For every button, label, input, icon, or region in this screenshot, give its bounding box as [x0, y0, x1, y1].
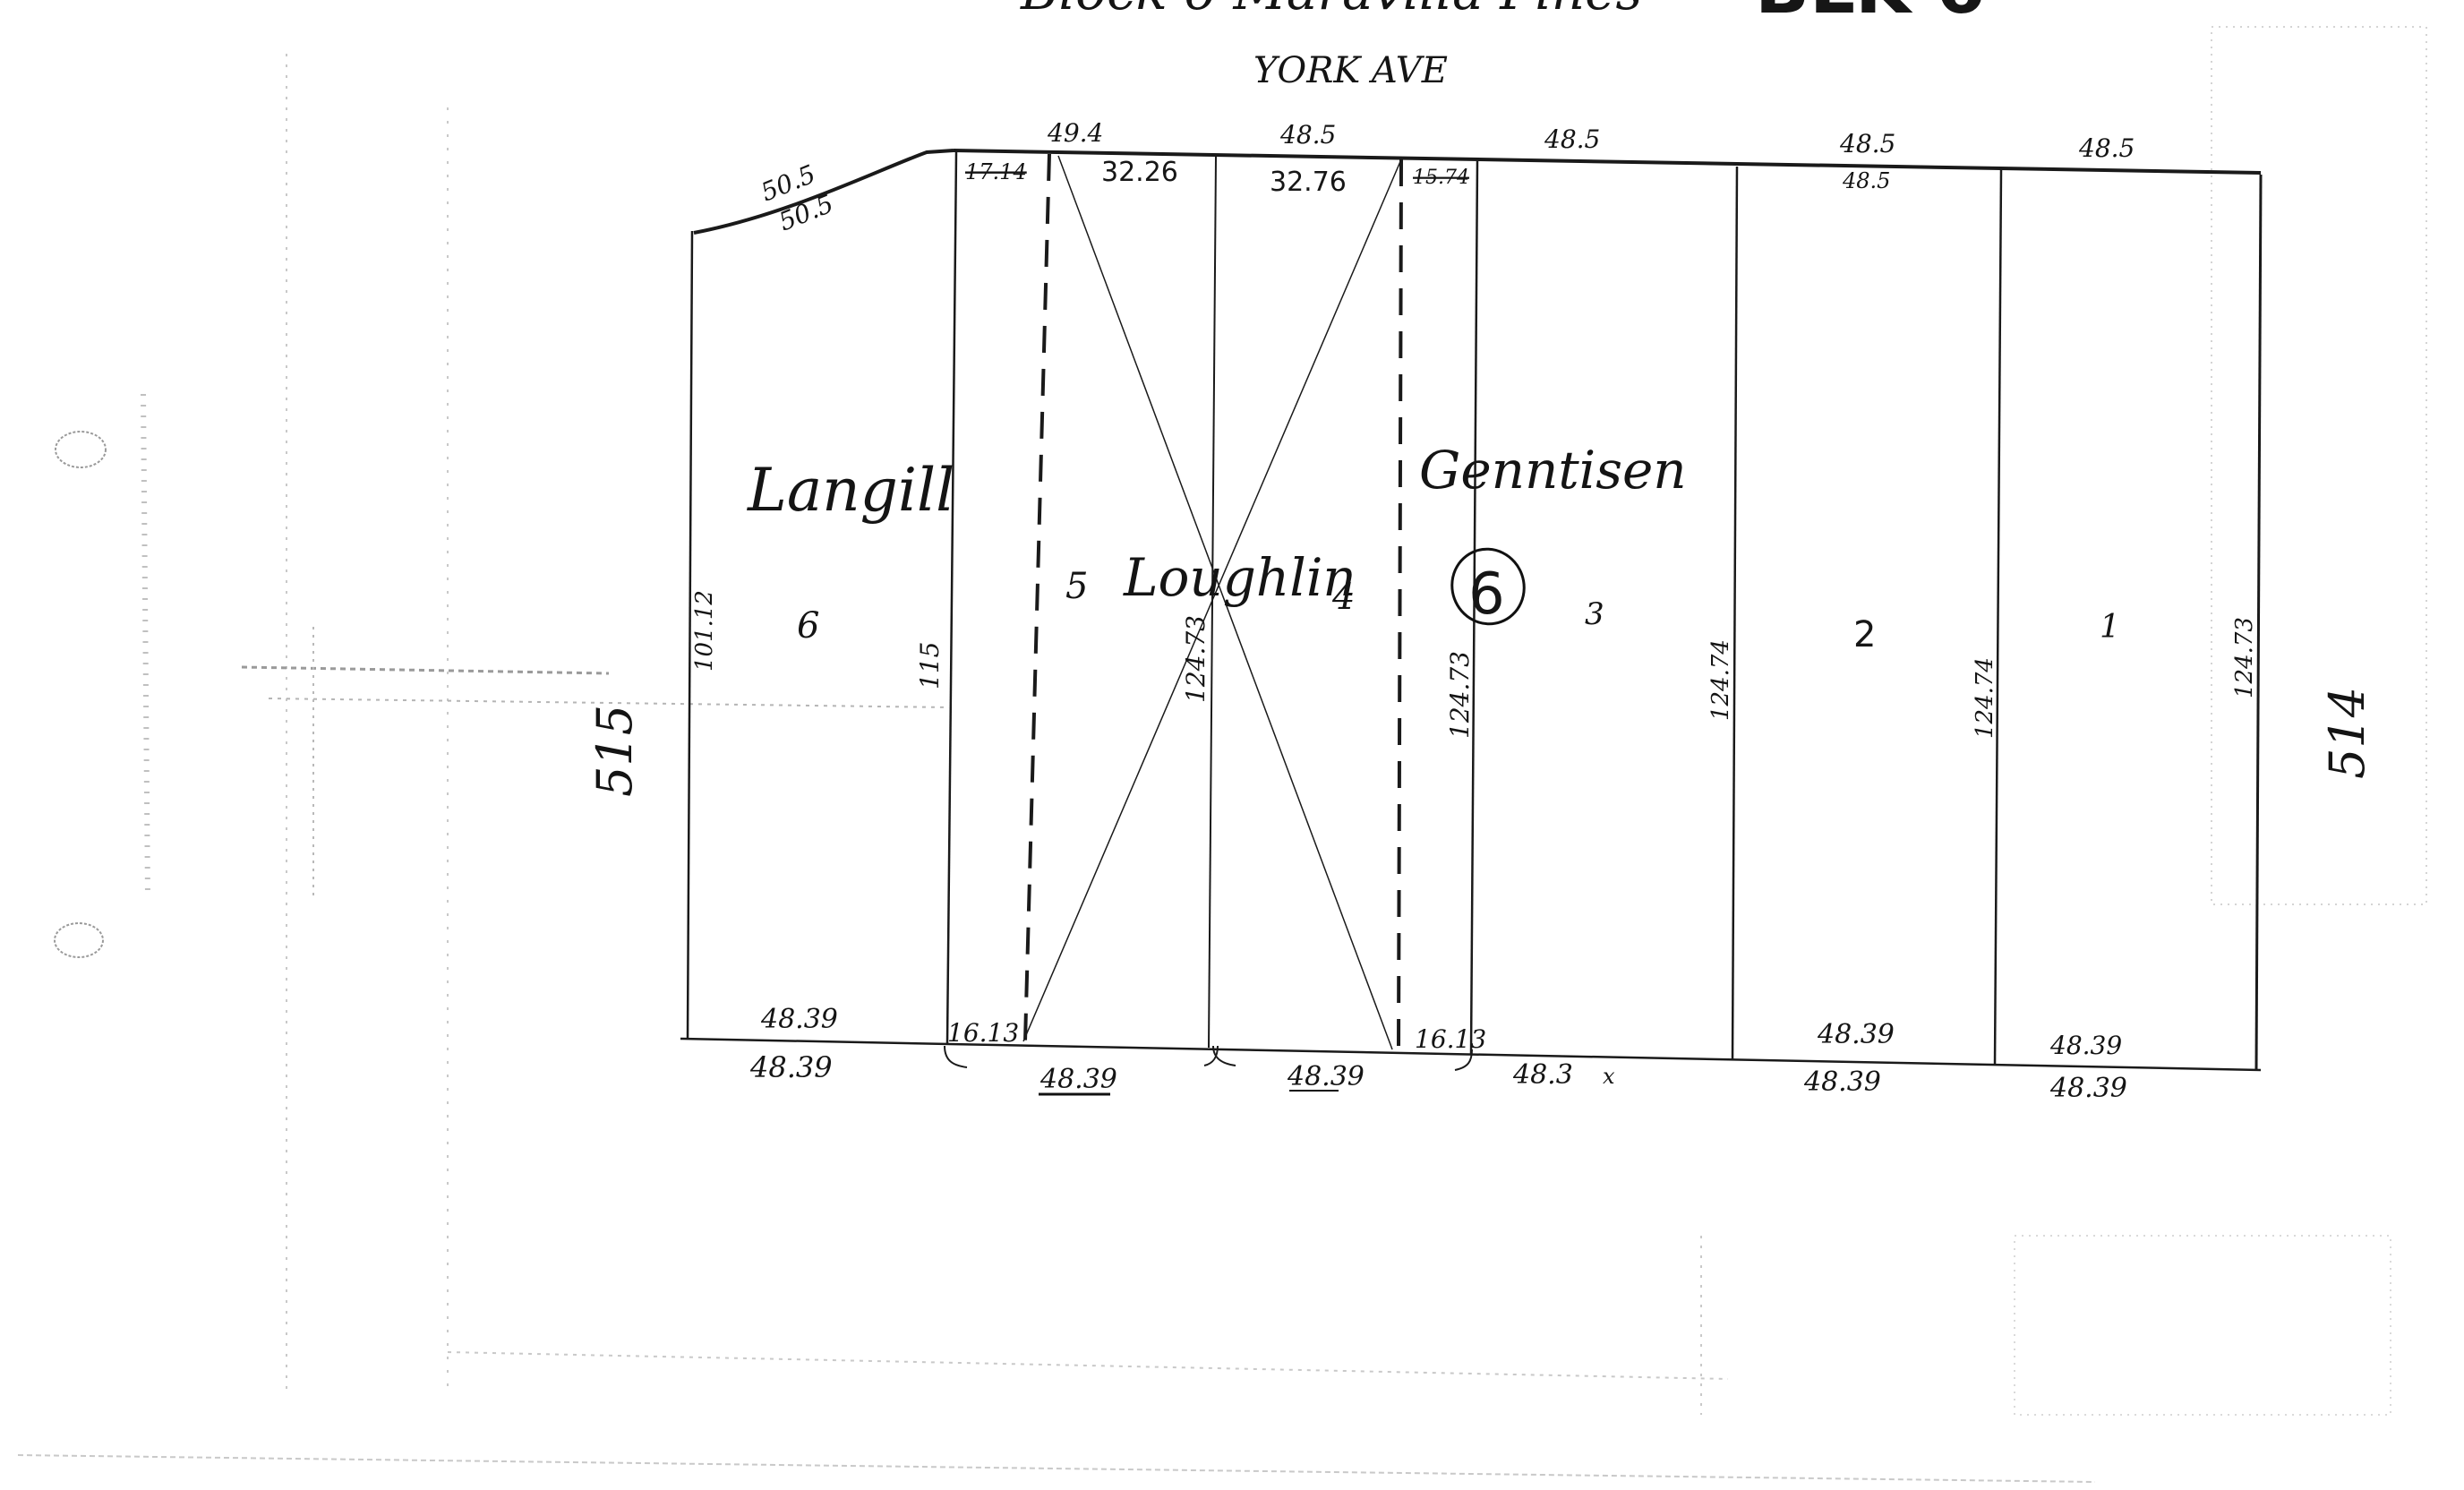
ref-left-515: 515 — [586, 705, 643, 797]
dim-lot3-front: 48.5 — [1544, 124, 1600, 154]
owner-loughlin: Loughlin — [1123, 547, 1356, 608]
scan-background — [18, 27, 2426, 1482]
dim-lot1-depth: 124.73 — [2231, 617, 2258, 698]
street-label: YORK AVE — [1253, 50, 1448, 91]
owner-names: Langill Loughlin Genntisen — [747, 440, 1687, 608]
ref-right-514: 514 — [2319, 687, 2375, 779]
dim-lot6-left-depth: 101.12 — [691, 590, 718, 672]
dim-lot2-front-faint: 48.5 — [1842, 168, 1890, 193]
split-dash-lot4 — [1399, 159, 1401, 1049]
split-dash-lot5 — [1025, 154, 1049, 1041]
header-title: Block 6 Maravilla Pines — [1020, 0, 1642, 21]
dim-lot2-depth: 124.74 — [1972, 657, 1998, 739]
plat-map: Block 6 Maravilla Pines BLK 6 YORK AVE 5… — [0, 0, 2464, 1490]
lot-number-6: 6 — [797, 605, 819, 647]
dim-lot4-depth: 124.73 — [1445, 651, 1475, 739]
dim-lot3-depth: 124.74 — [1707, 639, 1734, 721]
dim-lot5-rear-split: 16.13 — [947, 1018, 1019, 1048]
divider-2-1 — [1995, 170, 2001, 1066]
divider-6-5 — [947, 152, 956, 1043]
dim-lot2-front: 48.5 — [1839, 129, 1895, 158]
lot-number-1: 1 — [2100, 609, 2120, 646]
dim-lot4-split-b: 15.74 — [1413, 167, 1469, 189]
divider-3-2 — [1732, 167, 1737, 1059]
owner-langill: Langill — [747, 456, 954, 525]
reference-numbers: 515 514 — [586, 687, 2375, 797]
dim-lot4-front: 48.5 — [1279, 120, 1336, 150]
lot-number-5: 5 — [1065, 566, 1088, 607]
lot-number-4: 4 — [1331, 577, 1355, 618]
dim-lot4-split-a: 32.76 — [1270, 167, 1347, 198]
dim-lot6-rear-bottom: 48.39 — [749, 1050, 833, 1084]
dim-lot3-rear-bottom: 48.3 — [1512, 1059, 1573, 1091]
dim-lot5-depth: 124.73 — [1181, 615, 1211, 703]
punch-hole-top — [56, 432, 106, 467]
dim-lot1-rear-bottom: 48.39 — [2049, 1073, 2127, 1104]
owner-genntisen: Genntisen — [1419, 440, 1687, 501]
dim-lot6-rear-top: 48.39 — [760, 1004, 838, 1035]
lot-number-2: 2 — [1853, 614, 1876, 655]
lot-numbers: 6 5 4 3 2 1 6 — [797, 539, 2120, 655]
dim-lot1-front: 48.5 — [2078, 133, 2135, 163]
dim-lot1-rear-top: 48.39 — [2049, 1031, 2122, 1060]
dim-lot5-split-b: 32.26 — [1101, 157, 1178, 188]
page-header: Block 6 Maravilla Pines BLK 6 YORK AVE — [1020, 0, 1985, 91]
punch-holes — [55, 394, 148, 957]
dim-lot2-rear-top: 48.39 — [1817, 1019, 1895, 1050]
punch-hole-bottom — [55, 923, 103, 957]
circled-lot-marker: 6 — [1442, 539, 1535, 634]
dim-lot2-rear-bottom: 48.39 — [1803, 1066, 1881, 1098]
circled-lot-number: 6 — [1468, 561, 1505, 628]
dim-lot4-rear-split: 16.13 — [1415, 1024, 1486, 1054]
dim-lot5-split-a: 17.14 — [965, 159, 1027, 184]
front-dimensions: 50.5 50.5 49.4 48.5 48.5 48.5 48.5 48.5 … — [757, 118, 2135, 236]
dim-lot5-front: 49.4 — [1047, 118, 1103, 148]
lot-number-3: 3 — [1585, 596, 1604, 632]
dim-lot6-right-depth: 115 — [915, 642, 945, 689]
dim-lot5-rear-bottom: 48.39 — [1039, 1064, 1117, 1095]
dim-lot4-rear-bottom: 48.39 — [1287, 1061, 1365, 1092]
block-tag: BLK 6 — [1755, 0, 1985, 30]
bottom-tick-mark: x — [1603, 1064, 1615, 1089]
